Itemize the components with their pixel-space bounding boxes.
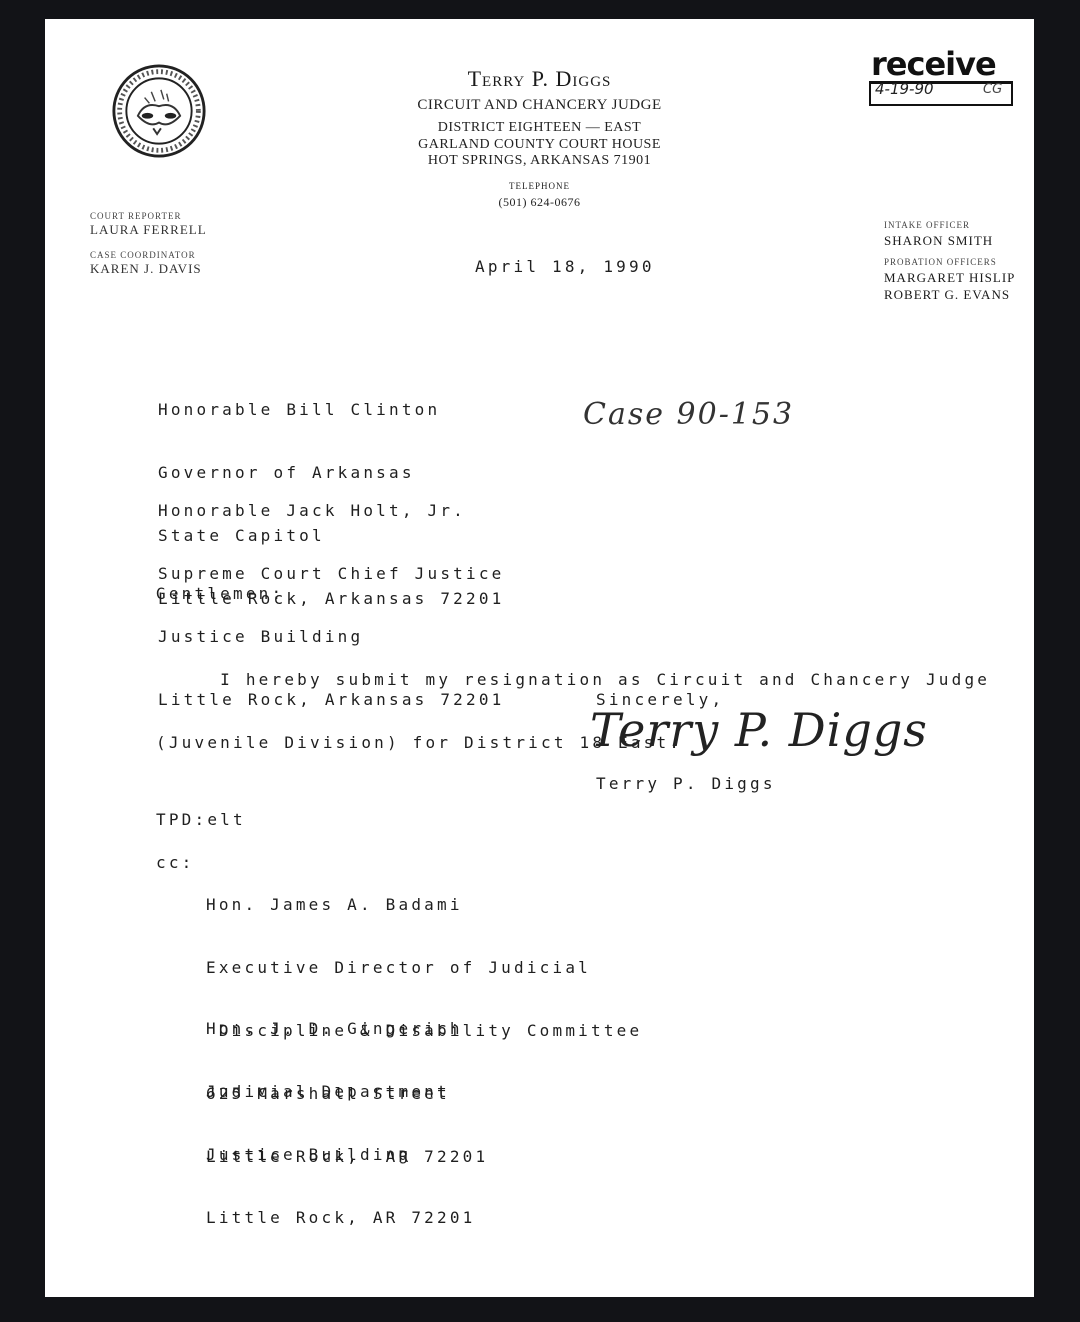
telephone-label: TELEPHONE	[45, 181, 1034, 191]
court-reporter-name: LAURA FERRELL	[90, 222, 207, 238]
received-stamp: receive	[871, 45, 996, 83]
cc-label: cc:	[156, 852, 195, 873]
court-house: GARLAND COUNTY COURT HOUSE	[45, 137, 1034, 153]
letter-page: Terry P. Diggs CIRCUIT AND CHANCERY JUDG…	[45, 19, 1034, 1297]
reference-initials: TPD:elt	[156, 809, 246, 830]
cc-line: Judicial Department	[206, 1081, 476, 1102]
cc-line: Justice Building	[206, 1144, 476, 1165]
case-coordinator-name: KAREN J. DAVIS	[90, 261, 202, 277]
telephone: (501) 624-0676	[45, 195, 1034, 210]
handwritten-signature: Terry P. Diggs	[590, 703, 928, 757]
probation-officer-name: MARGARET HISLIP	[884, 270, 1015, 286]
court-reporter-label: COURT REPORTER	[90, 211, 182, 221]
signer-name: Terry P. Diggs	[596, 773, 776, 794]
case-coordinator-label: CASE COORDINATOR	[90, 250, 196, 260]
recipient-line: Honorable Bill Clinton	[158, 399, 505, 420]
recipient-line: Supreme Court Chief Justice	[158, 563, 505, 584]
recipient-line: Honorable Jack Holt, Jr.	[158, 500, 505, 521]
city: HOT SPRINGS, ARKANSAS 71901	[45, 153, 1034, 169]
district: DISTRICT EIGHTEEN — EAST	[45, 120, 1034, 136]
probation-officer-name: ROBERT G. EVANS	[884, 287, 1010, 303]
case-number-annotation: Case 90-153	[583, 397, 794, 432]
cc-line: Executive Director of Judicial	[206, 957, 642, 978]
cc-line: Hon. J. D. Gingerich	[206, 1018, 476, 1039]
body-line: I hereby submit my resignation as Circui…	[156, 669, 990, 690]
cc-block: Hon. J. D. Gingerich Judicial Department…	[206, 976, 476, 1270]
cc-line: Hon. James A. Badami	[206, 894, 642, 915]
probation-officers-label: PROBATION OFFICERS	[884, 257, 997, 267]
salutation: Gentlemen:	[156, 583, 284, 604]
received-date: 4-19-90	[875, 80, 934, 98]
received-initials: CG	[983, 82, 1002, 97]
cc-line: Little Rock, AR 72201	[206, 1207, 476, 1228]
intake-officer-label: INTAKE OFFICER	[884, 220, 970, 230]
letter-date: April 18, 1990	[475, 256, 655, 277]
intake-officer-name: SHARON SMITH	[884, 233, 993, 249]
